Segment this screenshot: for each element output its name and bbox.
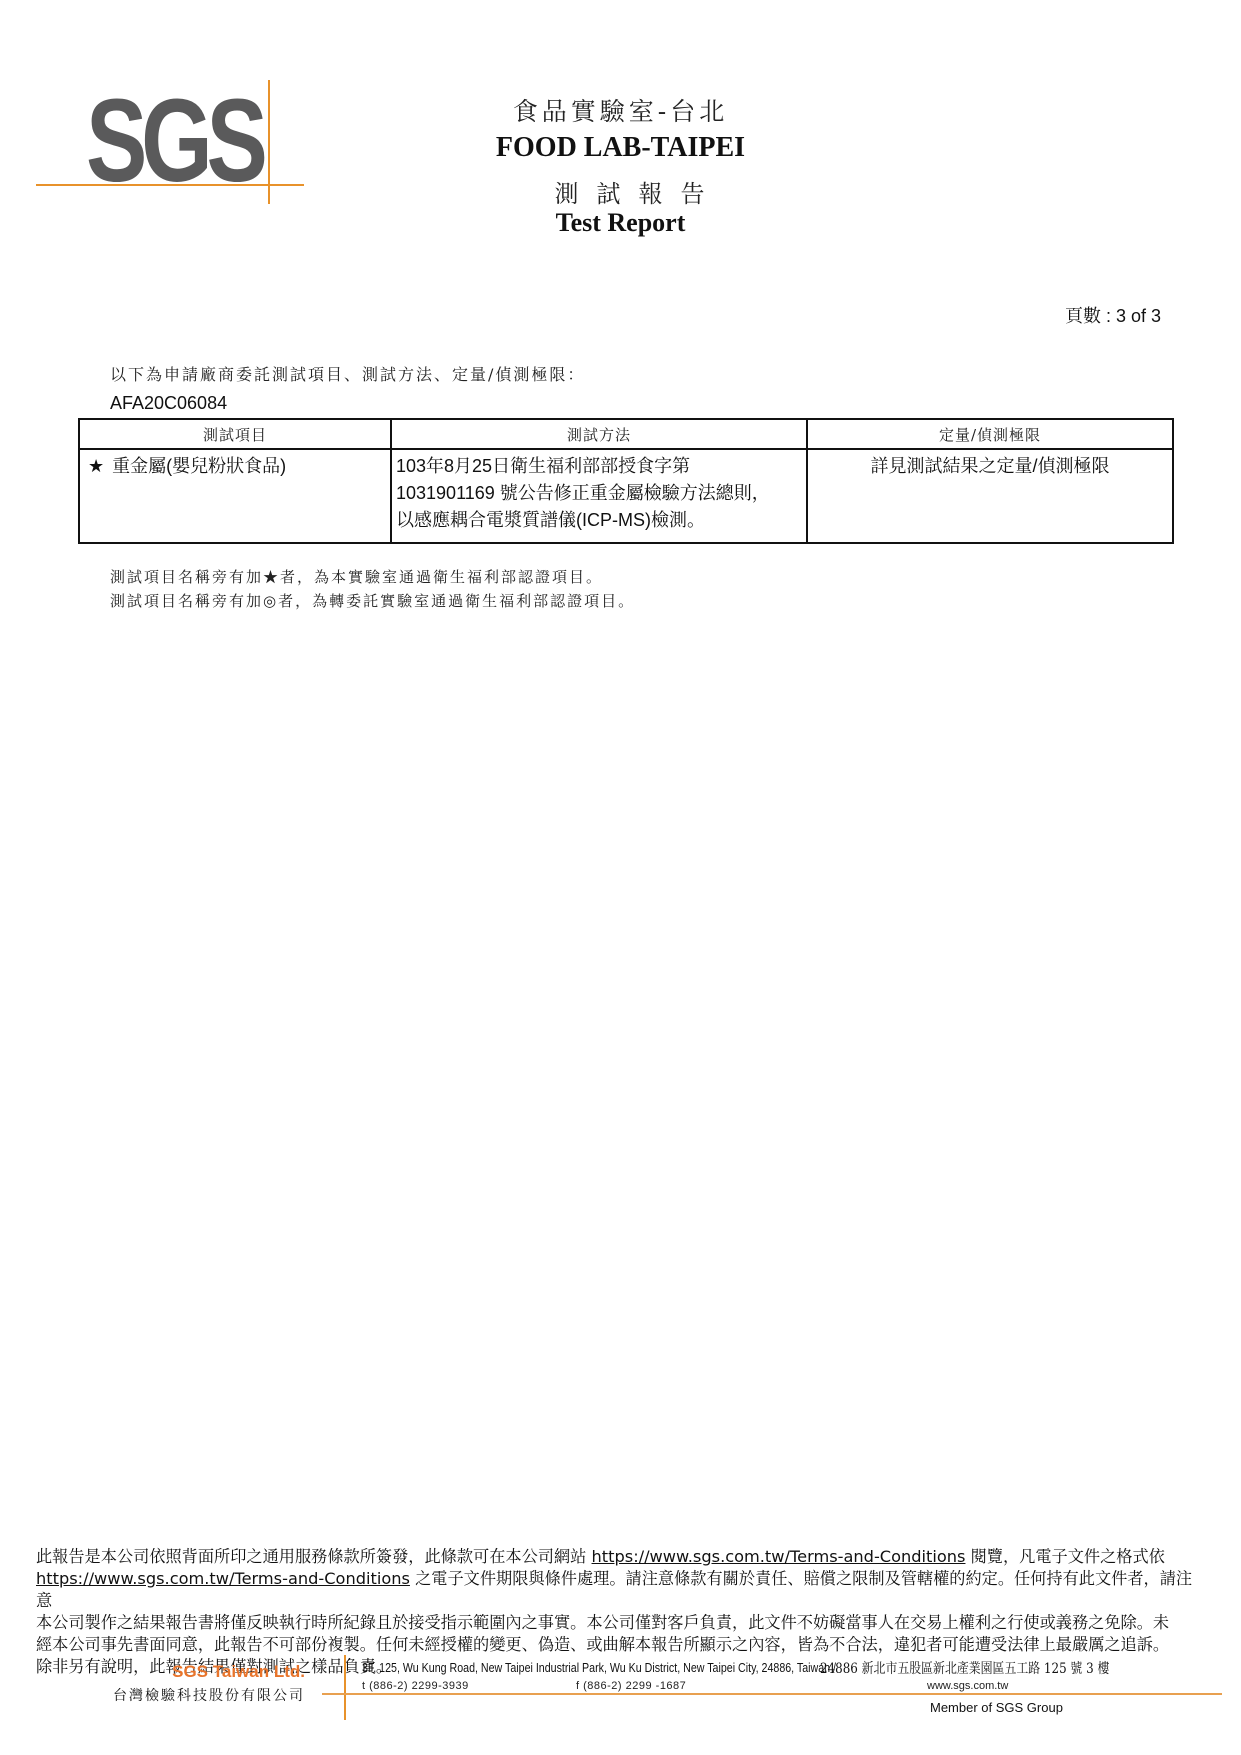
note-circle-accreditation: 測試項目名稱旁有加◎者，為轉委託實驗室通過衛生福利部認證項目。: [110, 590, 635, 611]
disclaimer-line-4: 經本公司事先書面同意，此報告不可部份複製。任何未經授權的變更、偽造、或曲解本報告…: [36, 1634, 1208, 1656]
method-line: 103年8月25日衛生福利部部授食字第: [396, 453, 802, 480]
disclaimer-line-1: 此報告是本公司依照背面所印之通用服務條款所簽發，此條款可在本公司網站 https…: [36, 1546, 1208, 1568]
header-test-item: 測試項目: [79, 419, 391, 449]
disclaimer-line-2: https://www.sgs.com.tw/Terms-and-Conditi…: [36, 1568, 1208, 1612]
disclaimer-text: 閱覽，凡電子文件之格式依: [965, 1547, 1164, 1566]
cell-test-method: 103年8月25日衛生福利部部授食字第 1031901169 號公告修正重金屬檢…: [391, 449, 807, 543]
header-detection-limit: 定量/偵測極限: [807, 419, 1173, 449]
member-of-group: Member of SGS Group: [930, 1700, 1063, 1715]
disclaimer-text: 此報告是本公司依照背面所印之通用服務條款所簽發，此條款可在本公司網站: [36, 1547, 592, 1566]
table-header-row: 測試項目 測試方法 定量/偵測極限: [79, 419, 1173, 449]
footer-horizontal-line: [322, 1693, 1222, 1695]
page-count: 頁數 : 3 of 3: [1065, 302, 1161, 328]
report-title-en: Test Report: [0, 208, 1241, 238]
test-methods-table: 測試項目 測試方法 定量/偵測極限 ★重金屬(嬰兒粉狀食品) 103年8月25日…: [78, 418, 1174, 544]
terms-link[interactable]: https://www.sgs.com.tw/Terms-and-Conditi…: [592, 1547, 966, 1566]
header-test-method: 測試方法: [391, 419, 807, 449]
star-icon: ★: [88, 456, 104, 476]
terms-link[interactable]: https://www.sgs.com.tw/Terms-and-Conditi…: [36, 1569, 410, 1588]
method-line: 1031901169 號公告修正重金屬檢驗方法總則，: [396, 480, 802, 507]
telephone: t (886-2) 2299-3939: [362, 1680, 469, 1692]
report-title-zh: 測試報告: [0, 174, 1241, 209]
lab-title-en: FOOD LAB-TAIPEI: [0, 132, 1241, 164]
website: www.sgs.com.tw: [927, 1680, 1008, 1692]
lab-title-zh: 食品實驗室-台北: [0, 92, 1241, 128]
test-item-name: 重金屬(嬰兒粉狀食品): [112, 456, 286, 476]
intro-text: 以下為申請廠商委託測試項目、測試方法、定量/偵測極限：: [110, 362, 585, 385]
disclaimer-line-3: 本公司製作之結果報告書將僅反映執行時所紀錄且於接受指示範圍內之事實。本公司僅對客…: [36, 1612, 1208, 1634]
report-number: AFA20C06084: [110, 393, 227, 414]
cell-detection-limit: 詳見測試結果之定量/偵測極限: [807, 449, 1173, 543]
method-line: 以感應耦合電漿質譜儀(ICP-MS)檢測。: [396, 507, 802, 534]
address-en: 3F, 125, Wu Kung Road, New Taipei Indust…: [362, 1660, 836, 1675]
address-zh: 24886 新北市五股區新北產業園區五工路 125 號 3 樓: [820, 1658, 1109, 1678]
footer-vertical-line: [344, 1655, 346, 1720]
note-star-accreditation: 測試項目名稱旁有加★者，為本實驗室通過衛生福利部認證項目。: [110, 566, 603, 587]
company-name-zh: 台灣檢驗科技股份有限公司: [100, 1685, 305, 1705]
cell-test-item: ★重金屬(嬰兒粉狀食品): [79, 449, 391, 543]
fax: f (886-2) 2299 -1687: [576, 1680, 686, 1692]
company-name-en: SGS Taiwan Ltd.: [100, 1662, 305, 1682]
table-row: ★重金屬(嬰兒粉狀食品) 103年8月25日衛生福利部部授食字第 1031901…: [79, 449, 1173, 543]
footer-company: SGS Taiwan Ltd. 台灣檢驗科技股份有限公司: [100, 1662, 305, 1705]
